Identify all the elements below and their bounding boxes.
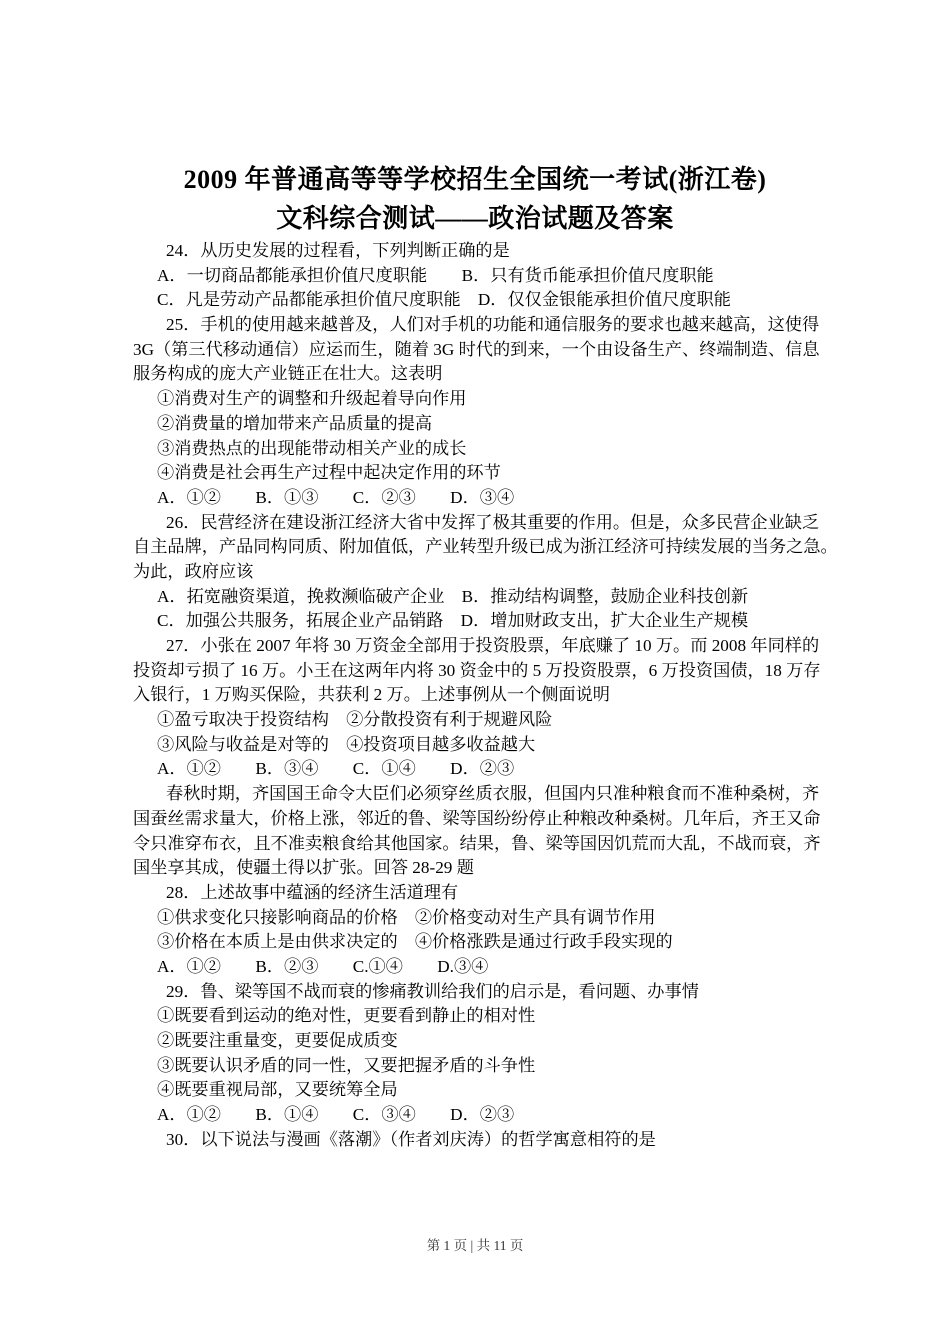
body-line-option: ①既要看到运动的绝对性，更要看到静止的相对性: [133, 1004, 843, 1029]
body-line-paragraph: 春秋时期，齐国国王命令大臣们必须穿丝质衣服，但国内只准种粮食而不准种桑树，齐: [133, 782, 843, 807]
body-line-option: A．①② B．③④ C．①④ D．②③: [133, 757, 843, 782]
page-number-footer: 第 1 页 | 共 11 页: [0, 1237, 950, 1255]
body-line-option: ④消费是社会再生产过程中起决定作用的环节: [133, 461, 843, 486]
body-line-option: ④既要重视局部，又要统筹全局: [133, 1078, 843, 1103]
exam-document-page: 2009 年普通高等等学校招生全国统一考试(浙江卷) 文科综合测试——政治试题及…: [0, 0, 950, 1344]
body-line-question: 28．上述故事中蕴涵的经济生活道理有: [133, 881, 843, 906]
body-line-option: A．①② B．①③ C．②③ D．③④: [133, 486, 843, 511]
body-line-option: ③价格在本质上是由供求决定的 ④价格涨跌是通过行政手段实现的: [133, 930, 843, 955]
document-title-line2: 文科综合测试——政治试题及答案: [0, 199, 950, 238]
body-line-option: A．①② B．②③ C.①④ D.③④: [133, 955, 843, 980]
body-line-continuation: 为此，政府应该: [133, 560, 843, 585]
body-line-option: ③消费热点的出现能带动相关产业的成长: [133, 437, 843, 462]
body-line-option: ①供求变化只接影响商品的价格 ②价格变动对生产具有调节作用: [133, 906, 843, 931]
document-title-line1: 2009 年普通高等等学校招生全国统一考试(浙江卷): [0, 160, 950, 199]
body-line-option: ②消费量的增加带来产品质量的提高: [133, 412, 843, 437]
body-line-option: ①消费对生产的调整和升级起着导向作用: [133, 387, 843, 412]
body-line-option: A．拓宽融资渠道，挽救濒临破产企业 B．推动结构调整，鼓励企业科技创新: [133, 585, 843, 610]
body-line-option: C．加强公共服务，拓展企业产品销路 D．增加财政支出，扩大企业生产规模: [133, 609, 843, 634]
body-line-option: ②既要注重量变，更要促成质变: [133, 1029, 843, 1054]
body-line-option: ①盈亏取决于投资结构 ②分散投资有利于规避风险: [133, 708, 843, 733]
body-line-option: ③既要认识矛盾的同一性，又要把握矛盾的斗争性: [133, 1054, 843, 1079]
body-line-question: 26．民营经济在建设浙江经济大省中发挥了极其重要的作用。但是，众多民营企业缺乏: [133, 511, 843, 536]
body-line-continuation: 国蚕丝需求量大，价格上涨，邻近的鲁、梁等国纷纷停止种粮改种桑树。几年后，齐王又命: [133, 807, 843, 832]
body-line-option: A．一切商品都能承担价值尺度职能 B．只有货币能承担价值尺度职能: [133, 264, 843, 289]
document-body-text: 24．从历史发展的过程看，下列判断正确的是A．一切商品都能承担价值尺度职能 B．…: [133, 239, 843, 1152]
body-line-question: 29．鲁、梁等国不战而衰的惨痛教训给我们的启示是，看问题、办事情: [133, 980, 843, 1005]
body-line-question: 25．手机的使用越来越普及，人们对手机的功能和通信服务的要求也越来越高，这使得: [133, 313, 843, 338]
document-header: 2009 年普通高等等学校招生全国统一考试(浙江卷) 文科综合测试——政治试题及…: [0, 160, 950, 238]
body-line-continuation: 3G（第三代移动通信）应运而生，随着 3G 时代的到来，一个由设备生产、终端制造…: [133, 338, 843, 363]
body-line-question: 27．小张在 2007 年将 30 万资金全部用于投资股票，年底赚了 10 万。…: [133, 634, 843, 659]
body-line-continuation: 自主品牌，产品同构同质、附加值低，产业转型升级已成为浙江经济可持续发展的当务之急…: [133, 535, 843, 560]
body-line-continuation: 国坐享其成，使疆土得以扩张。回答 28-29 题: [133, 856, 843, 881]
body-line-continuation: 投资却亏损了 16 万。小王在这两年内将 30 资金中的 5 万投资股票，6 万…: [133, 659, 843, 684]
body-line-question: 24．从历史发展的过程看，下列判断正确的是: [133, 239, 843, 264]
body-line-continuation: 令只准穿布衣，且不准卖粮食给其他国家。结果，鲁、梁等国因饥荒而大乱，不战而衰，齐: [133, 832, 843, 857]
body-line-option: A．①② B．①④ C．③④ D．②③: [133, 1103, 843, 1128]
body-line-continuation: 入银行，1 万购买保险，共获利 2 万。上述事例从一个侧面说明: [133, 683, 843, 708]
body-line-option: C．凡是劳动产品都能承担价值尺度职能 D．仅仅金银能承担价值尺度职能: [133, 288, 843, 313]
body-line-continuation: 服务构成的庞大产业链正在壮大。这表明: [133, 362, 843, 387]
body-line-question: 30．以下说法与漫画《落潮》（作者刘庆涛）的哲学寓意相符的是: [133, 1128, 843, 1153]
body-line-option: ③风险与收益是对等的 ④投资项目越多收益越大: [133, 733, 843, 758]
